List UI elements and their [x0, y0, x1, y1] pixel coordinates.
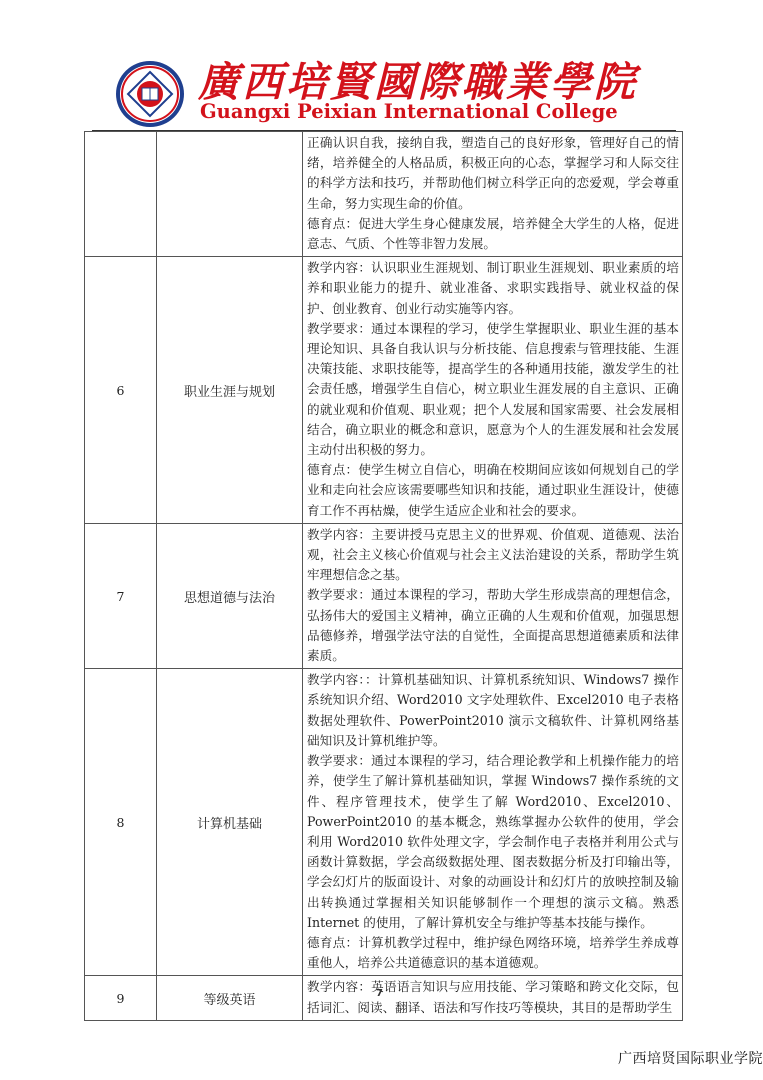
description-paragraph: 德育点：计算机教学过程中，维护绿色网络环境，培养学生养成尊重他人，培养公共道德意…	[307, 933, 679, 973]
row-number: 9	[85, 976, 157, 1020]
course-description: 教学内容：认识职业生涯规划、制订职业生涯规划、职业素质的培养和职业能力的提升、就…	[303, 257, 683, 524]
row-number	[85, 132, 157, 257]
table-row: 正确认识自我，接纳自我，塑造自己的良好形象，管理好自己的情绪，培养健全的人格品质…	[85, 132, 683, 257]
course-description: 教学内容：英语语言知识与应用技能、学习策略和跨文化交际，包括词汇、阅读、翻译、语…	[303, 976, 683, 1020]
course-name: 计算机基础	[157, 669, 303, 976]
table-row: 8 计算机基础 教学内容：：计算机基础知识、计算机系统知识、Windows7 操…	[85, 669, 683, 976]
course-name: 职业生涯与规划	[157, 257, 303, 524]
course-table: 正确认识自我，接纳自我，塑造自己的良好形象，管理好自己的情绪，培养健全的人格品质…	[84, 131, 683, 1021]
table-row: 6 职业生涯与规划 教学内容：认识职业生涯规划、制订职业生涯规划、职业素质的培养…	[85, 257, 683, 524]
description-paragraph: 教学内容：认识职业生涯规划、制订职业生涯规划、职业素质的培养和职业能力的提升、就…	[307, 258, 679, 319]
course-description: 教学内容：主要讲授马克思主义的世界观、价值观、道德观、法治观，社会主义核心价值观…	[303, 523, 683, 668]
college-name-english: Guangxi Peixian International College	[200, 100, 618, 124]
description-paragraph: 教学内容：主要讲授马克思主义的世界观、价值观、道德观、法治观，社会主义核心价值观…	[307, 525, 679, 586]
description-paragraph: 德育点：使学生树立自信心，明确在校期间应该如何规划自己的学业和走向社会应该需要哪…	[307, 460, 679, 521]
description-paragraph: 教学要求：通过本课程的学习，使学生掌握职业、职业生涯的基本理论知识、具备自我认识…	[307, 319, 679, 460]
course-description: 教学内容：：计算机基础知识、计算机系统知识、Windows7 操作系统知识介绍、…	[303, 669, 683, 976]
course-name: 等级英语	[157, 976, 303, 1020]
description-paragraph: 教学要求：通过本课程的学习，帮助大学生形成崇高的理想信念，弘扬伟大的爱国主义精神…	[307, 585, 679, 666]
college-name-chinese: 廣西培賢國際職業學院	[198, 58, 638, 106]
description-paragraph: 教学要求：通过本课程的学习，结合理论教学和上机操作能力的培养，使学生了解计算机基…	[307, 751, 679, 933]
course-description: 正确认识自我，接纳自我，塑造自己的良好形象，管理好自己的情绪，培养健全的人格品质…	[303, 132, 683, 257]
row-number: 7	[85, 523, 157, 668]
row-number: 6	[85, 257, 157, 524]
row-number: 8	[85, 669, 157, 976]
document-header: 廣西培賢國際職業學院 Guangxi Peixian International…	[92, 56, 672, 128]
description-paragraph: 正确认识自我，接纳自我，塑造自己的良好形象，管理好自己的情绪，培养健全的人格品质…	[307, 133, 679, 214]
description-paragraph: 教学内容：：计算机基础知识、计算机系统知识、Windows7 操作系统知识介绍、…	[307, 670, 679, 751]
table-row: 7 思想道德与法治 教学内容：主要讲授马克思主义的世界观、价值观、道德观、法治观…	[85, 523, 683, 668]
page-number: 7	[376, 988, 383, 999]
description-paragraph: 教学内容：英语语言知识与应用技能、学习策略和跨文化交际，包括词汇、阅读、翻译、语…	[307, 977, 679, 1017]
table-row: 9 等级英语 教学内容：英语语言知识与应用技能、学习策略和跨文化交际，包括词汇、…	[85, 976, 683, 1020]
course-name	[157, 132, 303, 257]
footer-institution-name: 广西培贤国际职业学院	[618, 1048, 763, 1068]
college-emblem-icon	[114, 58, 186, 130]
description-paragraph: 德育点：促进大学生身心健康发展，培养健全大学生的人格，促进意志、气质、个性等非智…	[307, 214, 679, 254]
course-name: 思想道德与法治	[157, 523, 303, 668]
